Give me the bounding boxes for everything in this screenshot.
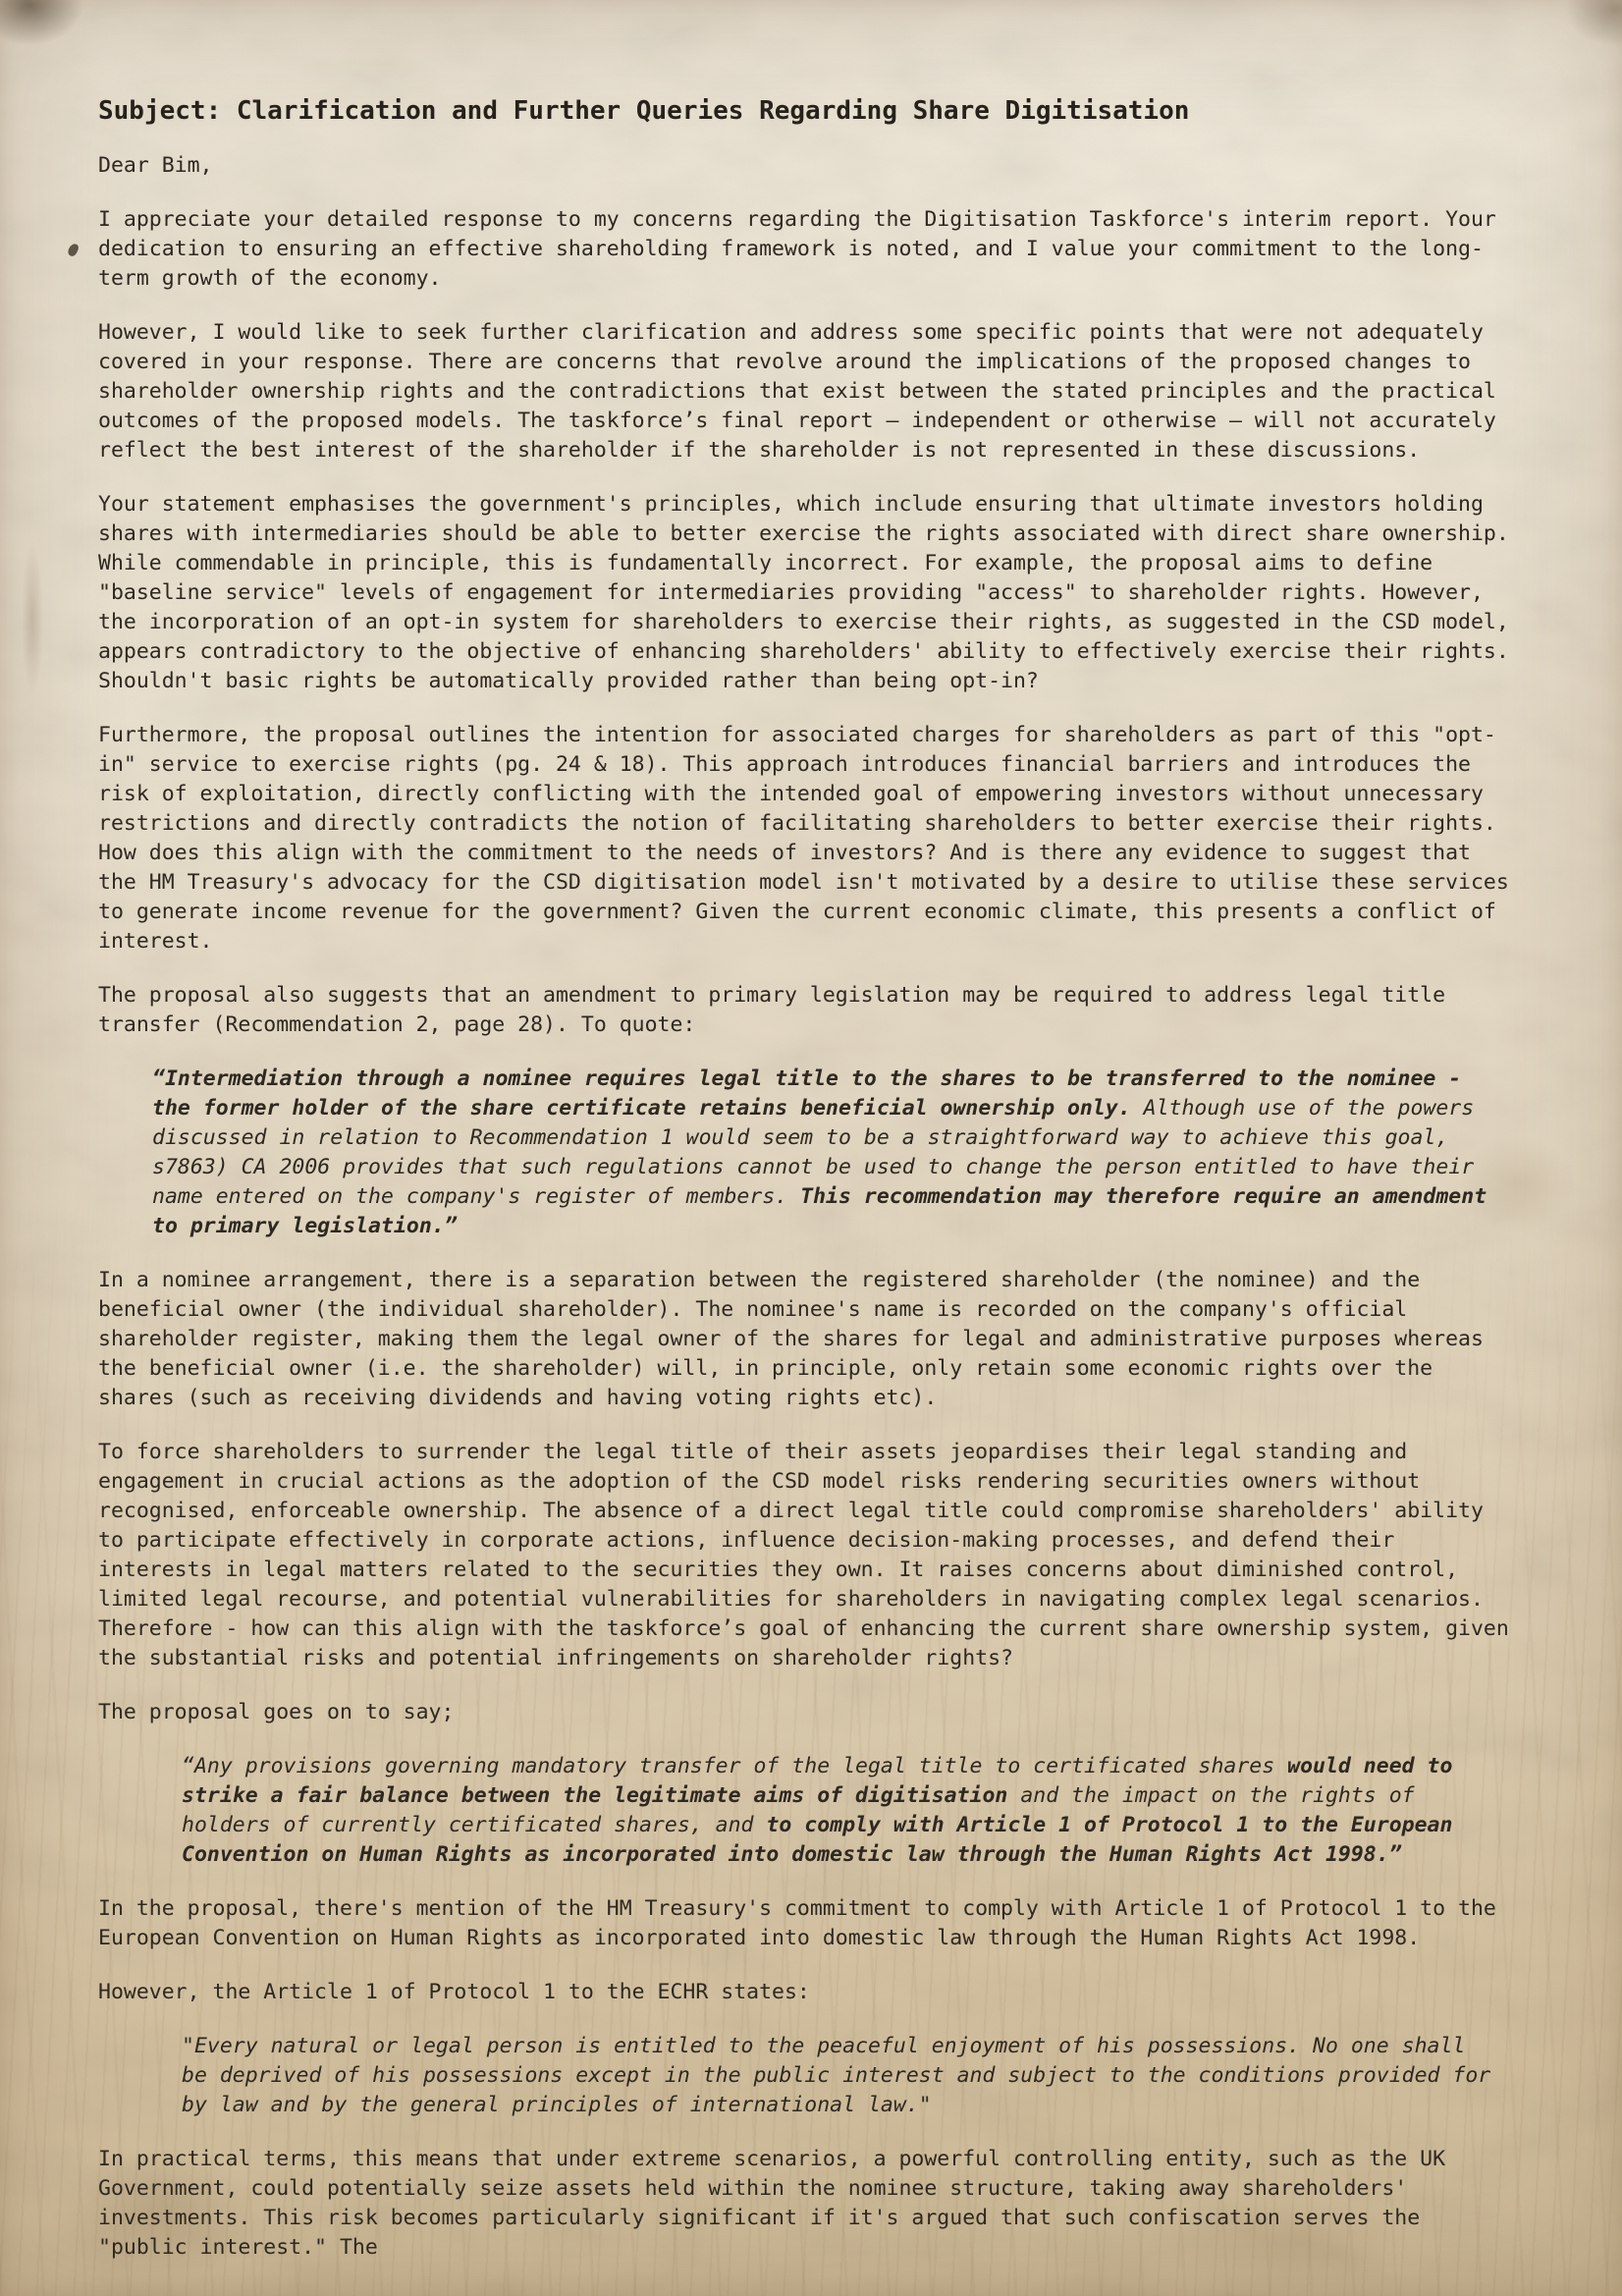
text-run: The proposal goes on to say; (98, 1700, 454, 1724)
paragraph: The proposal goes on to say; (98, 1698, 1520, 1727)
paragraph: To force shareholders to surrender the l… (98, 1438, 1520, 1673)
letter-document: Subject: Clarification and Further Queri… (98, 94, 1520, 2287)
quote-block: “Any provisions governing mandatory tran… (182, 1752, 1502, 1870)
paragraph: In practical terms, this means that unde… (98, 2145, 1520, 2263)
text-run: In the proposal, there's mention of the … (98, 1896, 1496, 1950)
text-run: To force shareholders to surrender the l… (98, 1440, 1509, 1670)
paragraph: Furthermore, the proposal outlines the i… (98, 721, 1520, 957)
text-run: In a nominee arrangement, there is a sep… (98, 1268, 1484, 1410)
text-run: The proposal also suggests that an amend… (98, 983, 1445, 1037)
paper-stain (1561, 0, 1622, 49)
text-run: However, I would like to seek further cl… (98, 320, 1496, 463)
quote-block: “Intermediation through a nominee requir… (152, 1065, 1512, 1241)
paper-stain (0, 0, 88, 49)
text-run: Your statement emphasises the government… (98, 492, 1509, 693)
text-run: I appreciate your detailed response to m… (98, 207, 1496, 291)
paragraph: The proposal also suggests that an amend… (98, 981, 1520, 1040)
text-run: However, the Article 1 of Protocol 1 to … (98, 1980, 810, 2004)
quote-block: "Every natural or legal person is entitl… (182, 2032, 1502, 2120)
paper-stain (10, 511, 55, 727)
paragraph: However, I would like to seek further cl… (98, 318, 1520, 465)
paragraph: However, the Article 1 of Protocol 1 to … (98, 1978, 1520, 2007)
text-run: “Any provisions governing mandatory tran… (182, 1754, 1287, 1778)
letter-body: I appreciate your detailed response to m… (98, 205, 1520, 2263)
text-run: In practical terms, this means that unde… (98, 2147, 1445, 2260)
ink-speckle (67, 243, 81, 258)
paragraph: In a nominee arrangement, there is a sep… (98, 1266, 1520, 1413)
text-run: "Every natural or legal person is entitl… (182, 2034, 1490, 2117)
paragraph: In the proposal, there's mention of the … (98, 1894, 1520, 1953)
salutation: Dear Bim, (98, 151, 1520, 181)
paragraph: I appreciate your detailed response to m… (98, 205, 1520, 294)
aged-paper-page: { "theme": { "ink_color": "#2e2820", "pa… (0, 0, 1622, 2296)
letter-subject: Subject: Clarification and Further Queri… (98, 94, 1520, 128)
text-run: Furthermore, the proposal outlines the i… (98, 723, 1509, 954)
paragraph: Your statement emphasises the government… (98, 490, 1520, 696)
